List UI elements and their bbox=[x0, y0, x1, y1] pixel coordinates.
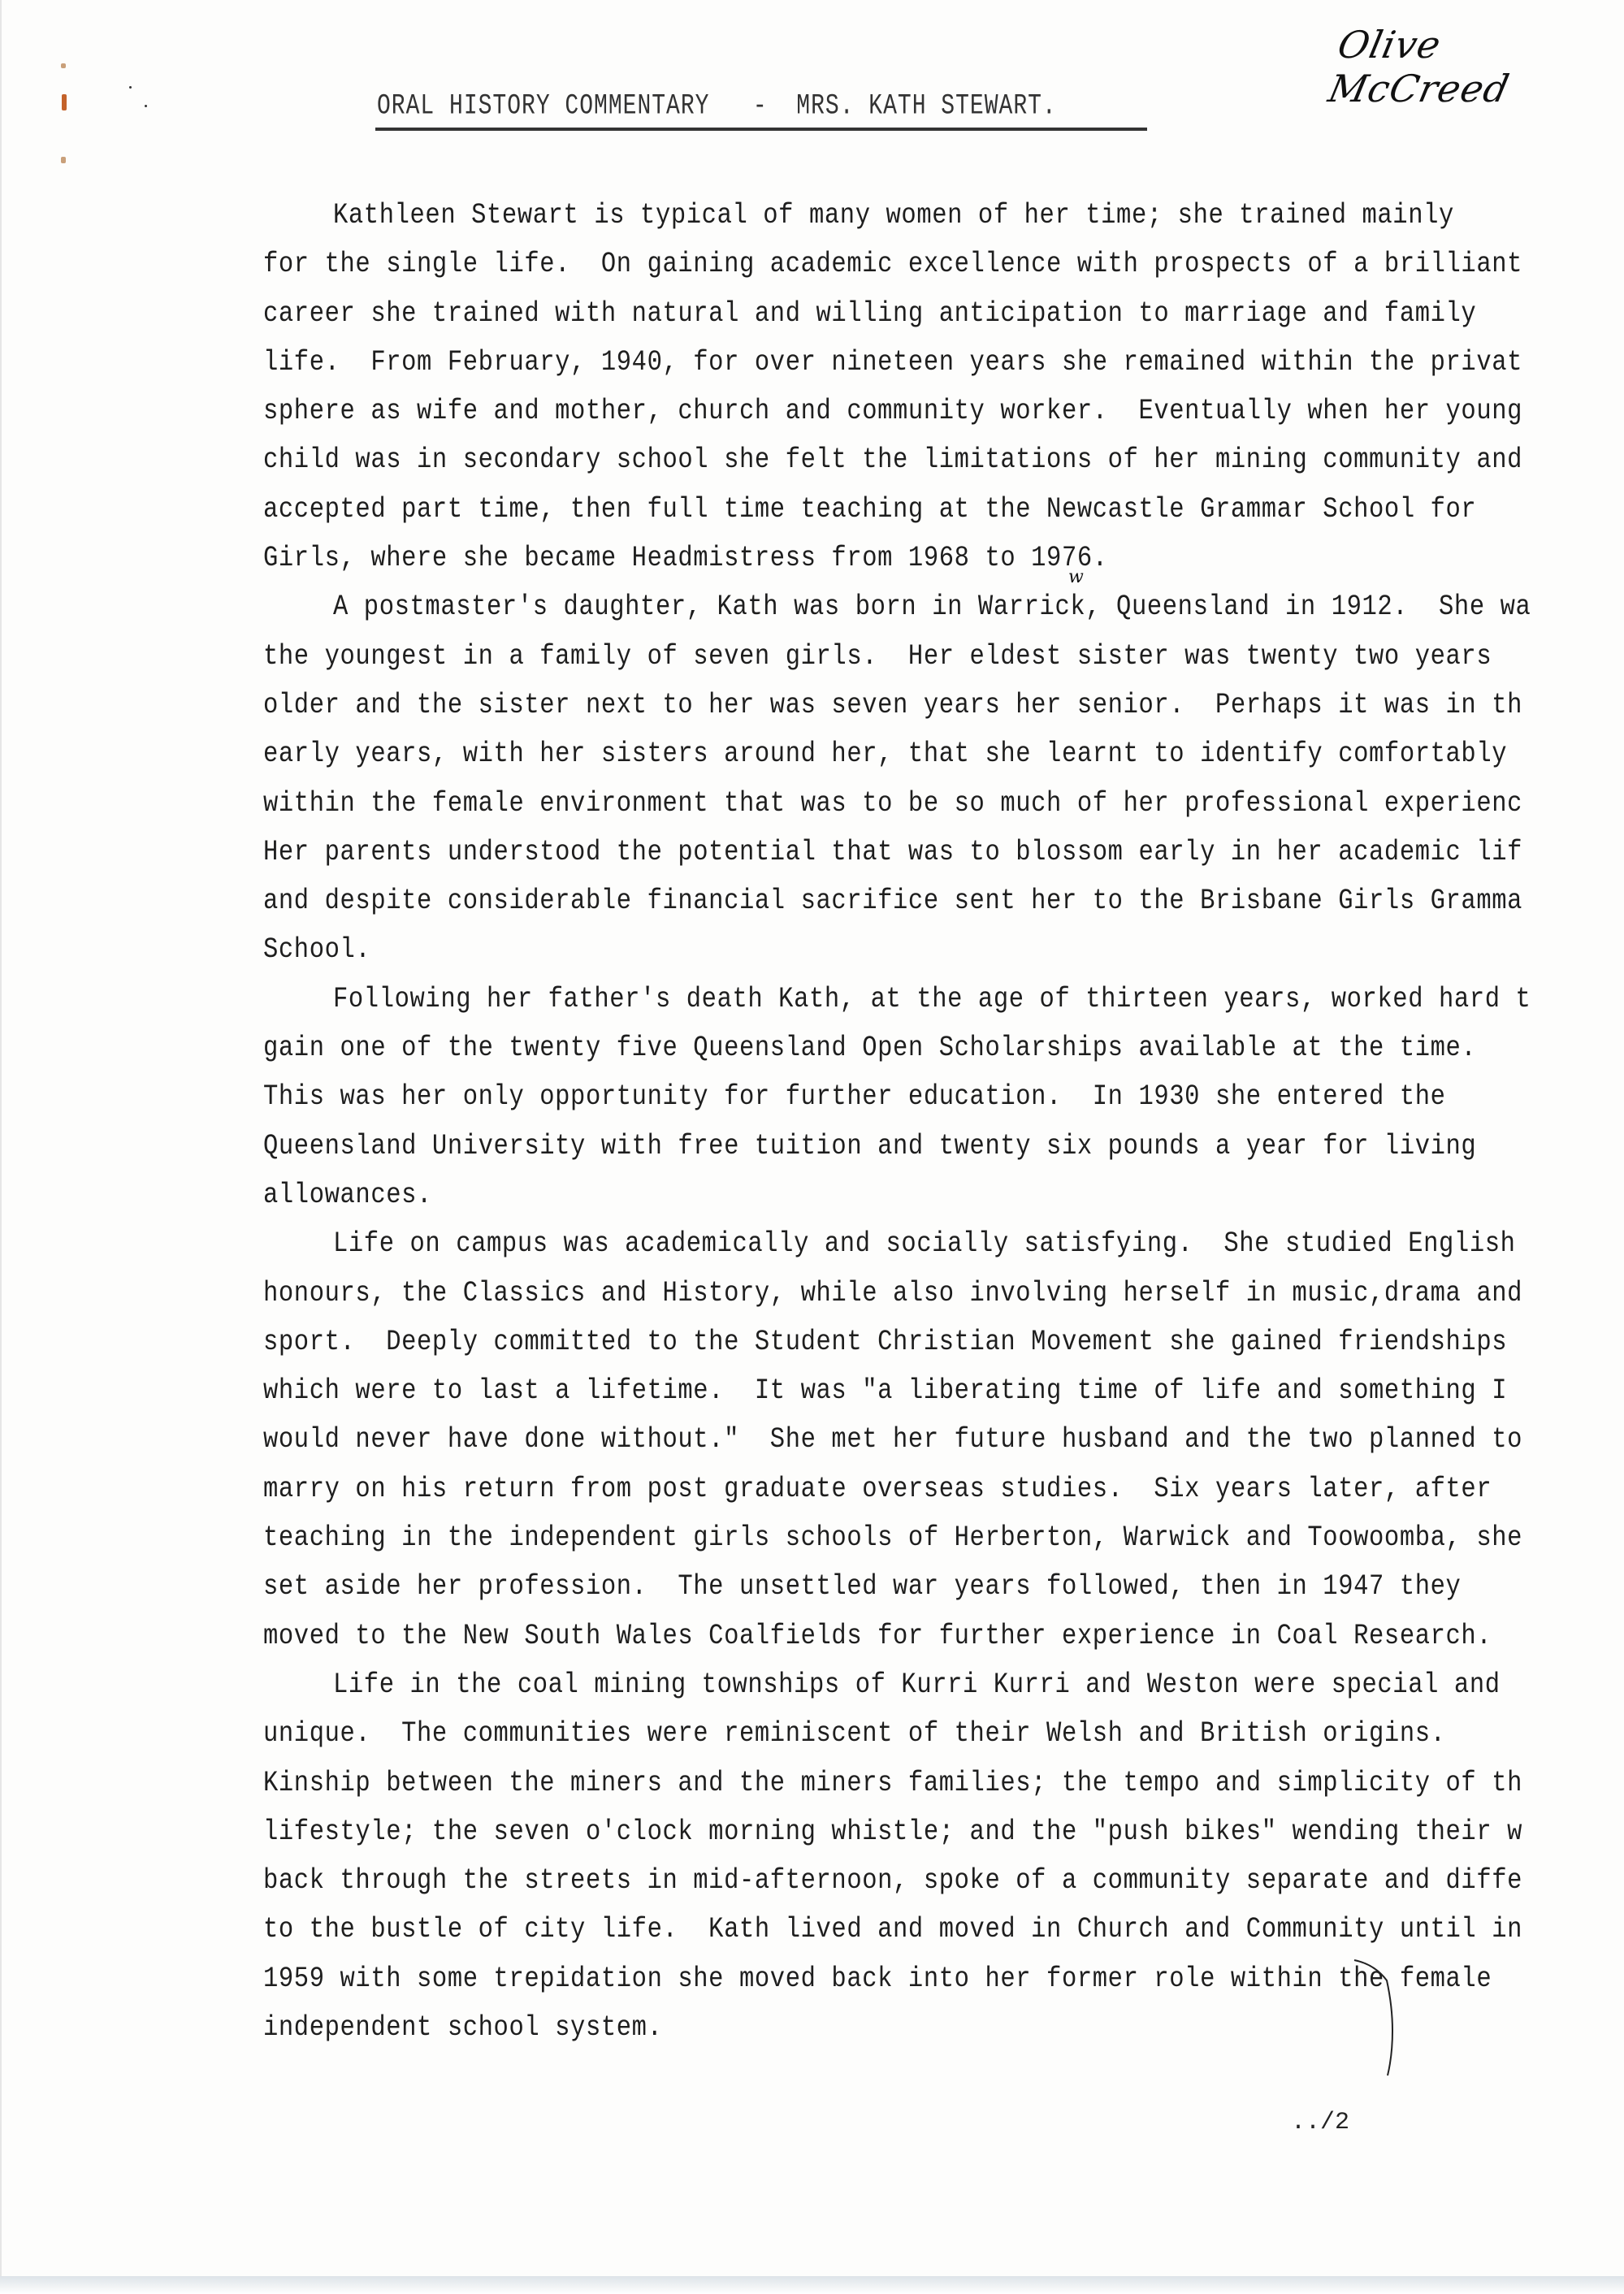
text-line: within the female environment that was t… bbox=[263, 776, 1624, 832]
text-line: This was her only opportunity for furthe… bbox=[263, 1070, 1624, 1126]
text-line: Following her father's death Kath, at th… bbox=[263, 972, 1624, 1028]
ink-speck bbox=[145, 105, 147, 107]
text-line: Kinship between the miners and the miner… bbox=[263, 1755, 1624, 1811]
text-line: 1959 with some trepidation she moved bac… bbox=[263, 1951, 1624, 2007]
text-line: Her parents understood the potential tha… bbox=[263, 825, 1624, 881]
text-line: independent school system. bbox=[263, 2000, 1624, 2056]
text-line: Life in the coal mining townships of Kur… bbox=[263, 1657, 1624, 1713]
text-line: would never have done without." She met … bbox=[263, 1413, 1624, 1469]
text-line: to the bustle of city life. Kath lived a… bbox=[263, 1902, 1624, 1959]
text-line: moved to the New South Wales Coalfields … bbox=[263, 1608, 1624, 1664]
text-line: sport. Deeply committed to the Student C… bbox=[263, 1314, 1624, 1370]
rust-mark bbox=[62, 94, 67, 110]
text-line: marry on his return from post graduate o… bbox=[263, 1461, 1624, 1517]
text-line: School. bbox=[263, 923, 1624, 979]
text-line: teaching in the independent girls school… bbox=[263, 1510, 1624, 1566]
text-line: career she trained with natural and will… bbox=[263, 286, 1624, 342]
text-line: older and the sister next to her was sev… bbox=[263, 677, 1624, 734]
text-line: honours, the Classics and History, while… bbox=[263, 1266, 1624, 1322]
text-line: early years, with her sisters around her… bbox=[263, 727, 1624, 783]
title-underline bbox=[375, 128, 1147, 131]
text-line: A postmaster's daughter, Kath was born i… bbox=[263, 580, 1624, 636]
document-body: Kathleen Stewart is typical of many wome… bbox=[263, 192, 1624, 2053]
text-line: allowances. bbox=[263, 1167, 1624, 1223]
text-line: lifestyle; the seven o'clock morning whi… bbox=[263, 1804, 1624, 1860]
text-line: for the single life. On gaining academic… bbox=[263, 237, 1624, 293]
document-page: Olive McCreed ORAL HISTORY COMMENTARY - … bbox=[0, 0, 1624, 2276]
handwritten-signature: Olive McCreed bbox=[1325, 23, 1624, 110]
rust-mark bbox=[61, 63, 66, 68]
page-edge bbox=[0, 2276, 1624, 2294]
text-line: life. From February, 1940, for over nine… bbox=[263, 335, 1624, 391]
text-line: Queensland University with free tuition … bbox=[263, 1119, 1624, 1175]
text-line: Life on campus was academically and soci… bbox=[263, 1217, 1624, 1273]
text-line: set aside her profession. The unsettled … bbox=[263, 1560, 1624, 1616]
text-line: unique. The communities were reminiscent… bbox=[263, 1707, 1624, 1763]
text-line: accepted part time, then full time teach… bbox=[263, 482, 1624, 538]
text-line: gain one of the twenty five Queensland O… bbox=[263, 1021, 1624, 1077]
rust-mark bbox=[61, 157, 66, 163]
text-line: the youngest in a family of seven girls.… bbox=[263, 629, 1624, 685]
text-line: Kathleen Stewart is typical of many wome… bbox=[263, 188, 1624, 244]
text-line: child was in secondary school she felt t… bbox=[263, 433, 1624, 489]
ink-speck bbox=[129, 86, 132, 89]
page-continuation: ../2 bbox=[1291, 2109, 1349, 2136]
document-title: ORAL HISTORY COMMENTARY - MRS. KATH STEW… bbox=[377, 91, 1057, 123]
